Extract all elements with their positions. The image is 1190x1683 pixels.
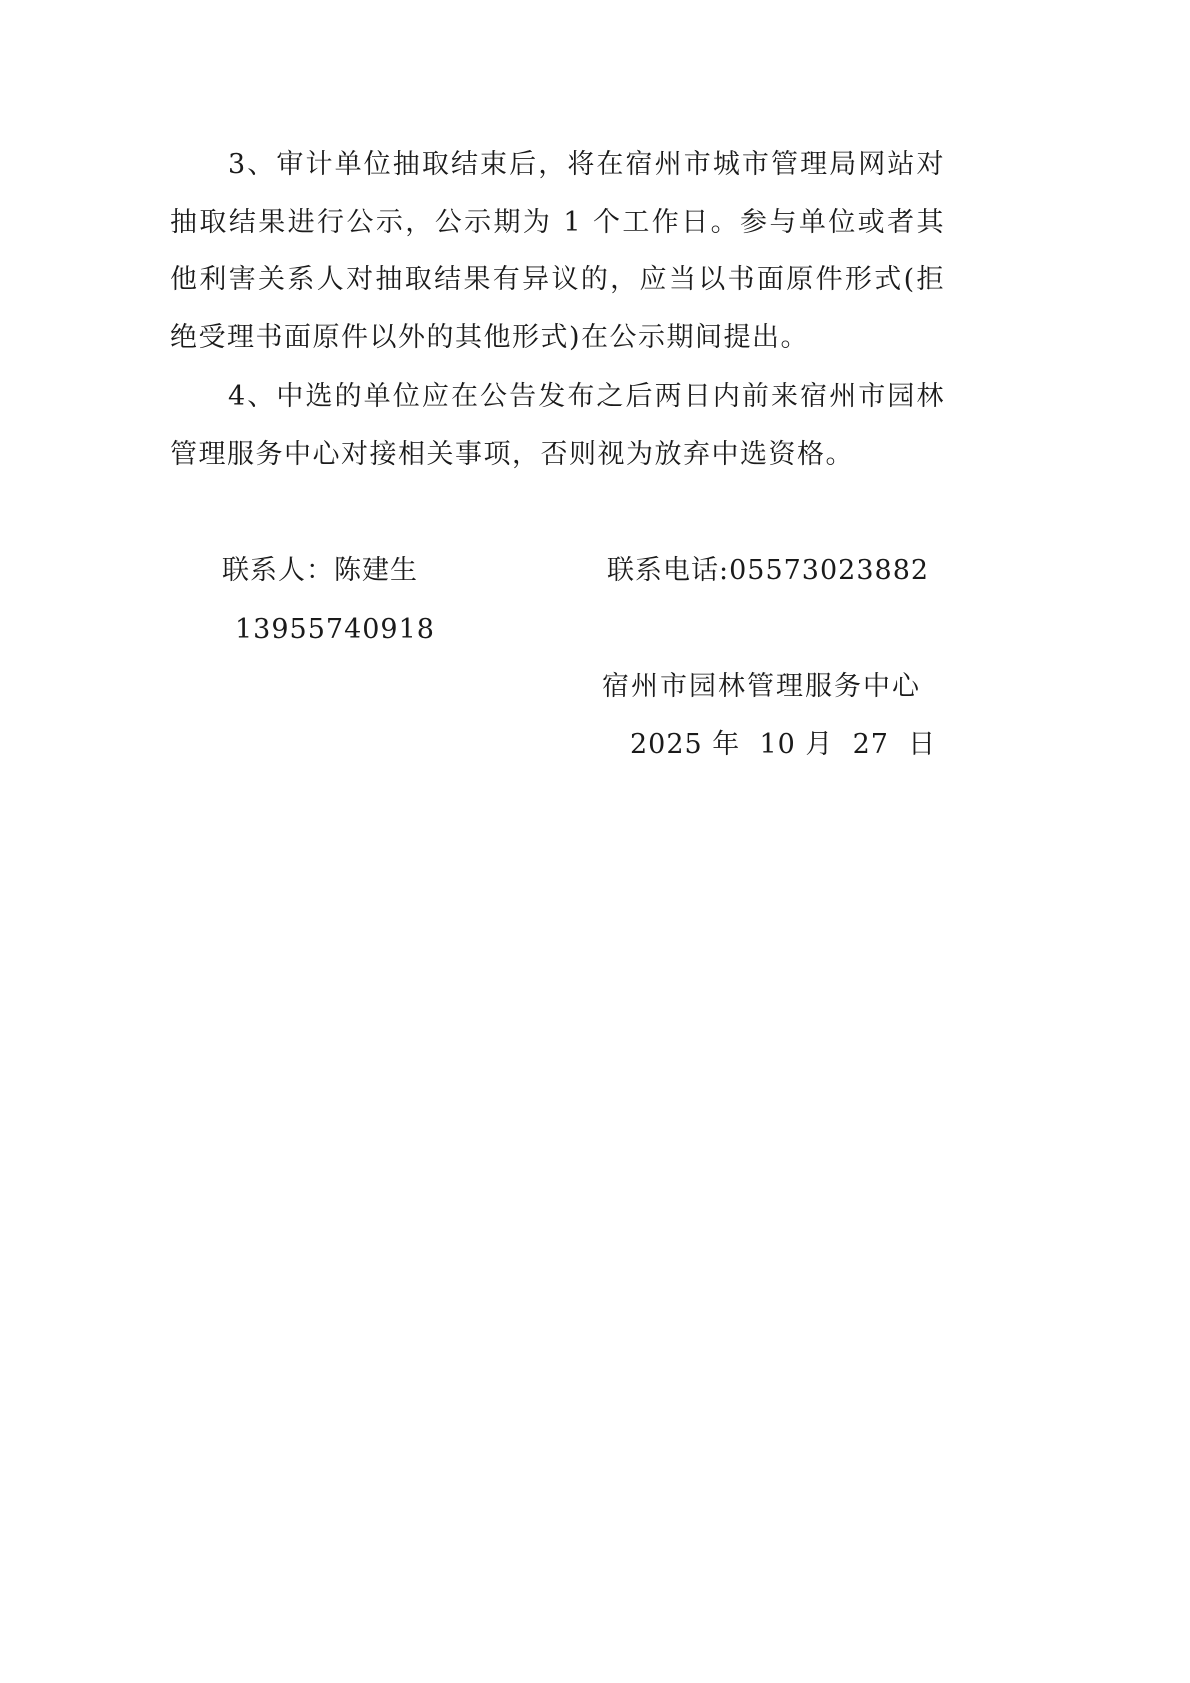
contact-person: 联系人：陈建生 bbox=[222, 554, 418, 588]
contact-mobile: 13955740918 bbox=[235, 613, 435, 647]
paragraph-item-4: 4、中选的单位应在公告发布之后两日内前来宿州市园林管理服务中心对接相关事项，否则… bbox=[170, 368, 945, 483]
paragraph-text: 3、审计单位抽取结束后，将在宿州市城市管理局网站对抽取结果进行公示，公示期为 1… bbox=[170, 136, 945, 366]
signature-date: 2025 年 10 月 27 日 bbox=[630, 728, 936, 762]
document-page: 3、审计单位抽取结束后，将在宿州市城市管理局网站对抽取结果进行公示，公示期为 1… bbox=[0, 0, 1190, 1683]
paragraph-text: 4、中选的单位应在公告发布之后两日内前来宿州市园林管理服务中心对接相关事项，否则… bbox=[170, 368, 945, 483]
contact-phone: 联系电话:05573023882 bbox=[607, 554, 929, 588]
signature-organization: 宿州市园林管理服务中心 bbox=[602, 670, 921, 704]
paragraph-item-3: 3、审计单位抽取结束后，将在宿州市城市管理局网站对抽取结果进行公示，公示期为 1… bbox=[170, 136, 945, 366]
